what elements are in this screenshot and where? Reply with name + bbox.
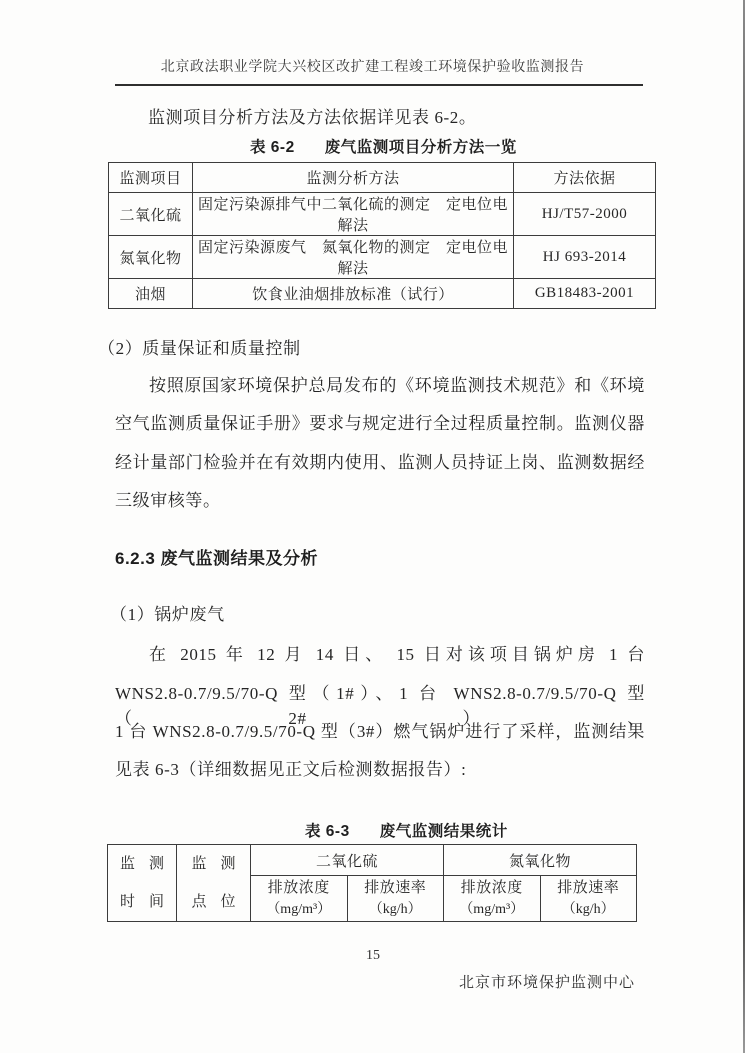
sub-header-unit: （kg/h） bbox=[541, 899, 637, 920]
boiler-subheading: （1）锅炉废气 bbox=[110, 600, 225, 625]
page-number: 15 bbox=[366, 948, 380, 964]
quality-paragraph-line: 按照原国家环境保护总局发布的《环境监测技术规范》和《环境 bbox=[149, 371, 645, 396]
section-6-2-3-heading: 6.2.3 废气监测结果及分析 bbox=[115, 544, 318, 569]
cell-basis: HJ 693-2014 bbox=[514, 236, 656, 279]
footer-organization: 北京市环境保护监测中心 bbox=[459, 971, 635, 992]
sub-header-unit: （mg/m³） bbox=[444, 899, 540, 920]
monitor-time-line2: 时间 bbox=[115, 883, 183, 921]
col-monitor-time: 监测 时间 bbox=[108, 845, 177, 922]
running-header: 北京政法职业学院大兴校区改扩建工程竣工环境保护验收监测报告 bbox=[0, 56, 745, 76]
sub-header-unit: （mg/m³） bbox=[251, 899, 347, 920]
cell-method: 饮食业油烟排放标准（试行） bbox=[193, 279, 514, 309]
cell-method: 固定污染源排气中二氧化硫的测定 定电位电解法 bbox=[193, 193, 514, 236]
table-6-3-caption-title: 废气监测结果统计 bbox=[380, 819, 508, 841]
group-header-so2: 二氧化硫 bbox=[251, 845, 444, 876]
intro-paragraph: 监测项目分析方法及方法依据详见表 6-2。 bbox=[148, 103, 477, 128]
table-6-2-header-row: 监测项目 监测分析方法 方法依据 bbox=[109, 163, 656, 193]
cell-item: 油烟 bbox=[109, 279, 193, 309]
table-6-2-caption: 表 6-2 废气监测项目分析方法一览 bbox=[250, 135, 517, 157]
quality-paragraph-line: 空气监测质量保证手册》要求与规定进行全过程质量控制。监测仪器 bbox=[115, 409, 645, 434]
table-6-2-col-item: 监测项目 bbox=[109, 163, 193, 193]
monitor-point-line1: 监测 bbox=[184, 845, 257, 883]
table-row: 氮氧化物 固定污染源废气 氮氧化物的测定 定电位电解法 HJ 693-2014 bbox=[109, 236, 656, 279]
quality-section-heading: （2）质量保证和质量控制 bbox=[98, 334, 301, 359]
quality-paragraph-line: 经计量部门检验并在有效期内使用、监测人员持证上岗、监测数据经 bbox=[115, 448, 645, 473]
results-paragraph-line: 在 2015 年 12 月 14 日、 15 日对该项目锅炉房 1 台 bbox=[149, 640, 645, 665]
sub-header-label: 排放速率 bbox=[541, 878, 637, 899]
group-header-nox: 氮氧化物 bbox=[444, 845, 637, 876]
so2-rate-header: 排放速率 （kg/h） bbox=[347, 876, 444, 922]
cell-item: 氮氧化物 bbox=[109, 236, 193, 279]
sub-header-unit: （kg/h） bbox=[348, 899, 444, 920]
cell-item: 二氧化硫 bbox=[109, 193, 193, 236]
cell-basis: GB18483-2001 bbox=[514, 279, 656, 309]
table-row: 油烟 饮食业油烟排放标准（试行） GB18483-2001 bbox=[109, 279, 656, 309]
nox-concentration-header: 排放浓度 （mg/m³） bbox=[444, 876, 541, 922]
sub-header-label: 排放浓度 bbox=[251, 878, 347, 899]
nox-rate-header: 排放速率 （kg/h） bbox=[540, 876, 637, 922]
table-6-2: 监测项目 监测分析方法 方法依据 二氧化硫 固定污染源排气中二氧化硫的测定 定电… bbox=[108, 162, 656, 309]
results-paragraph-line: 见表 6-3（详细数据见正文后检测数据报告）: bbox=[115, 755, 466, 780]
monitor-point-line2: 点位 bbox=[184, 883, 257, 921]
so2-concentration-header: 排放浓度 （mg/m³） bbox=[251, 876, 348, 922]
table-6-3-caption-label: 表 6-3 bbox=[305, 819, 350, 841]
table-6-2-caption-label: 表 6-2 bbox=[250, 135, 295, 157]
header-rule bbox=[115, 84, 643, 86]
table-6-2-col-method: 监测分析方法 bbox=[193, 163, 514, 193]
table-6-2-col-basis: 方法依据 bbox=[514, 163, 656, 193]
cell-method: 固定污染源废气 氮氧化物的测定 定电位电解法 bbox=[193, 236, 514, 279]
monitor-time-line1: 监测 bbox=[115, 845, 183, 883]
table-6-3-group-header-row: 监测 时间 监测 点位 二氧化硫 氮氧化物 bbox=[108, 845, 637, 876]
table-6-3-caption: 表 6-3 废气监测结果统计 bbox=[305, 819, 508, 841]
table-6-3: 监测 时间 监测 点位 二氧化硫 氮氧化物 排放浓度 （mg/m³） 排放速率 … bbox=[107, 844, 637, 922]
quality-paragraph-line: 三级审核等。 bbox=[115, 486, 221, 511]
cell-basis: HJ/T57-2000 bbox=[514, 193, 656, 236]
table-row: 二氧化硫 固定污染源排气中二氧化硫的测定 定电位电解法 HJ/T57-2000 bbox=[109, 193, 656, 236]
sub-header-label: 排放速率 bbox=[348, 878, 444, 899]
col-monitor-point: 监测 点位 bbox=[177, 845, 251, 922]
document-page: 北京政法职业学院大兴校区改扩建工程竣工环境保护验收监测报告 监测项目分析方法及方… bbox=[0, 0, 745, 1053]
sub-header-label: 排放浓度 bbox=[444, 878, 540, 899]
results-paragraph-line: 1 台 WNS2.8-0.7/9.5/70-Q 型（3#）燃气锅炉进行了采样，监… bbox=[115, 717, 645, 742]
table-6-2-caption-title: 废气监测项目分析方法一览 bbox=[325, 135, 517, 157]
